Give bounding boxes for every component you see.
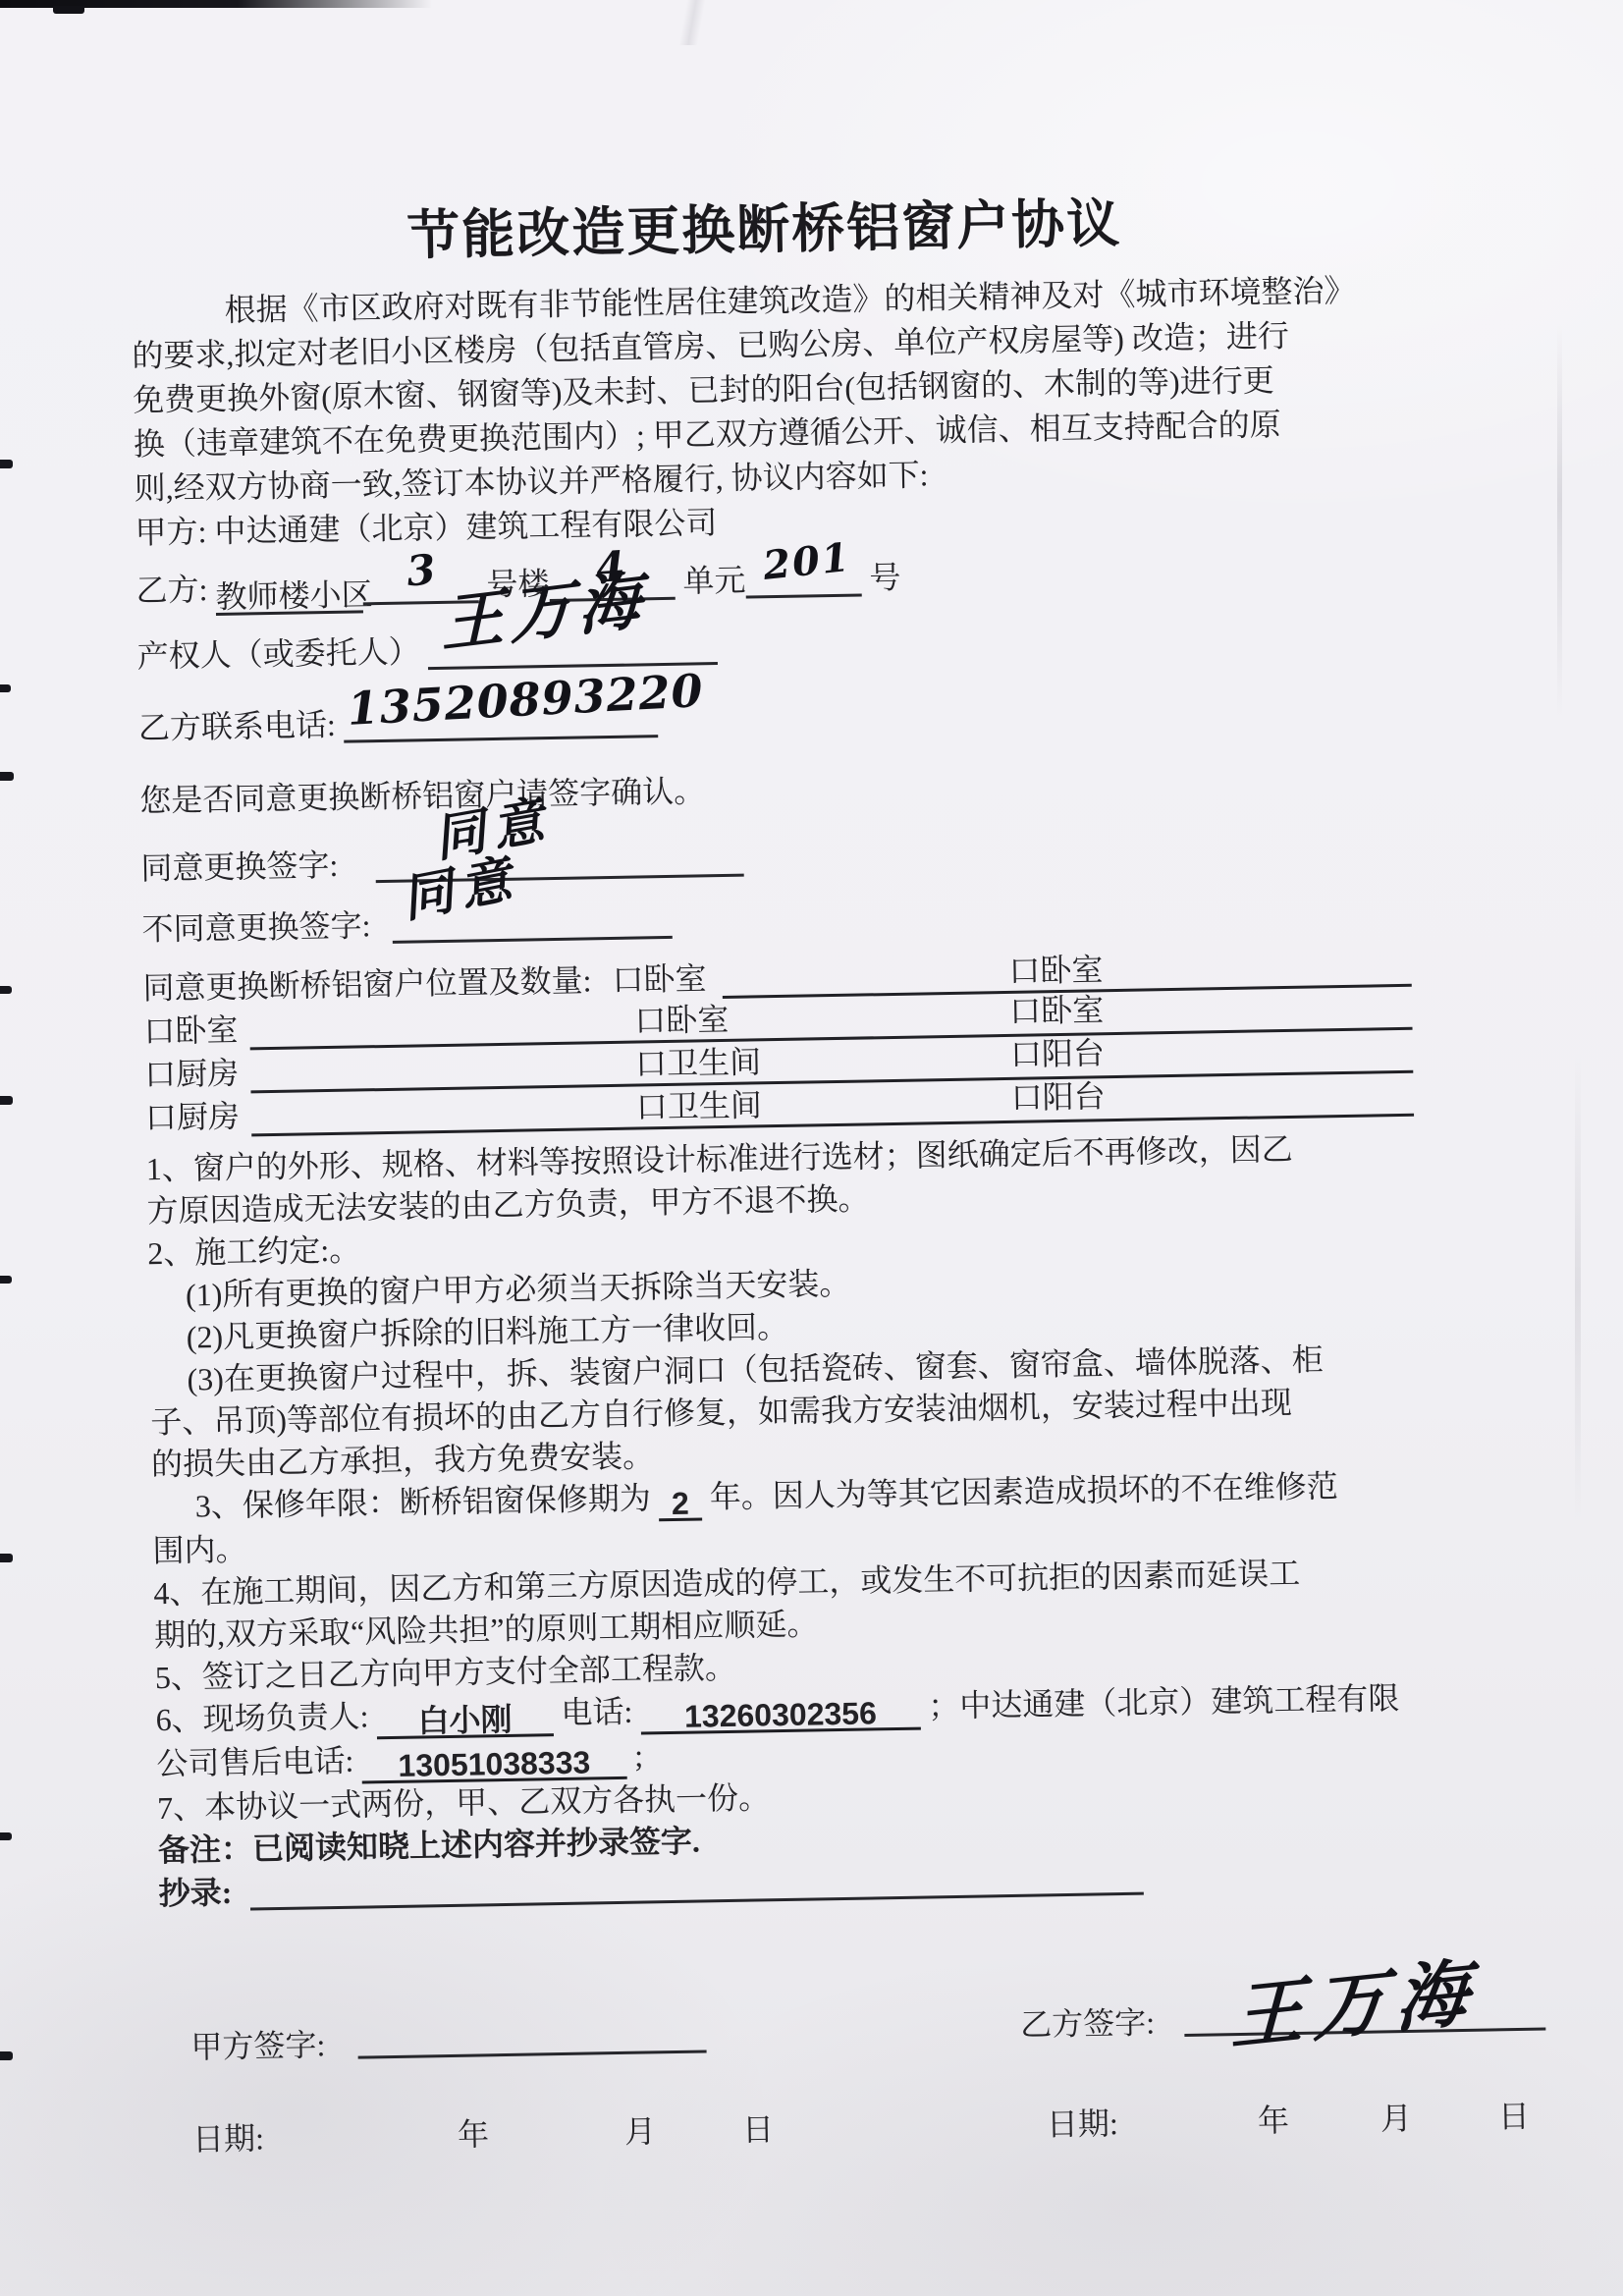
aftersales-label: 公司售后电话: [156, 1743, 354, 1782]
location-cell: 口厨房 [144, 1092, 240, 1139]
scan-edge-artifact [0, 684, 11, 692]
aftersales-phone: 13051038333 [361, 1741, 627, 1784]
party-b-line: 乙方: 教师楼小区3 号楼4 单元201 号 [135, 547, 1405, 623]
party-b-sign-label: 乙方签字: [1020, 1997, 1156, 2045]
community-field: 教师楼小区 [215, 573, 363, 616]
phone-field: 13520893220 [343, 697, 658, 743]
location-cell: 口阳台 [1009, 1028, 1105, 1075]
party-b-signature-handwritten: 王万海 [1230, 1934, 1480, 2064]
date-label-b: 日期: [1047, 2099, 1119, 2145]
location-cell: 口卧室 [612, 954, 707, 1001]
document-title: 节能改造更换断桥铝窗户协议 [130, 191, 1399, 270]
scanned-paper-background: 节能改造更换断桥铝窗户协议 根据《市区政府对既有非节能性居住建筑改造》的相关精神… [0, 0, 1623, 2296]
date-row: 日期: 年 月 日 日期: 年 月 日 [163, 2094, 1433, 2161]
scan-edge-artifact [0, 460, 13, 468]
building-no-handwritten: 3 [405, 547, 437, 593]
scan-edge-artifact [53, 6, 84, 14]
location-cell: 口卫生间 [635, 1080, 762, 1127]
warranty-prefix: 3、保修年限：断桥铝窗保修期为 [195, 1480, 652, 1523]
year-label-b: 年 [1257, 2096, 1289, 2142]
disagree-sign-field: 同意 [392, 899, 673, 944]
month-label-a: 月 [624, 2106, 657, 2153]
aftersales-end: ; [634, 1738, 644, 1774]
contact-prefix: 6、现场负责人: [155, 1698, 369, 1737]
scan-edge-artifact [0, 986, 12, 994]
owner-label: 产权人（或委托人） [136, 633, 420, 674]
party-a-sign-field [358, 2050, 707, 2058]
scan-edge-artifact [0, 2051, 13, 2060]
party-a-value: 中达通建（北京）建筑工程有限公司 [214, 505, 718, 549]
day-label-b: 日 [1497, 2092, 1530, 2138]
owner-signature-field: 王万海 [427, 625, 718, 670]
location-cell: 口卫生间 [635, 1037, 762, 1084]
disagree-sign-handwritten: 同意 [399, 856, 522, 922]
site-manager-name: 白小刚 [376, 1698, 554, 1739]
warranty-suffix: 年。因人为等其它因素造成损坏的不在维修范 [709, 1468, 1338, 1514]
scan-edge-artifact [0, 772, 14, 781]
unit-label: 单元 [682, 563, 746, 599]
scan-edge-artifact [0, 1554, 13, 1562]
month-label-b: 月 [1380, 2094, 1412, 2140]
paper-crease [1575, 1051, 1581, 1522]
party-a-label: 甲方: [135, 514, 207, 550]
party-a-sign-label: 甲方签字: [190, 2020, 326, 2067]
room-label: 号 [869, 560, 901, 596]
signature-row: 甲方签字: 乙方签字: 王万海 [161, 1990, 1431, 2075]
location-cell: 口阳台 [1010, 1071, 1106, 1119]
owner-signature-handwritten: 王万海 [441, 577, 646, 647]
contact-tel-label: 电话: [561, 1694, 633, 1730]
room-no-handwritten: 201 [761, 535, 853, 588]
scan-edge-artifact [0, 1276, 12, 1284]
year-label-a: 年 [458, 2109, 490, 2156]
scan-edge-artifact [0, 1096, 13, 1105]
room-no-field: 201 [745, 556, 862, 598]
location-cell: 口卧室 [634, 995, 730, 1042]
owner-line: 产权人（或委托人） 王万海 [136, 613, 1406, 694]
party-b-label: 乙方: [135, 572, 208, 608]
locations-header: 同意更换断桥铝窗户位置及数量: [142, 956, 592, 1009]
phone-line: 乙方联系电话: 13520893220 [138, 684, 1408, 766]
location-cell: 口卧室 [1009, 985, 1105, 1032]
location-cell: 口卧室 [143, 1006, 239, 1053]
confirm-question: 您是否同意更换断桥铝窗户请签字确认。 [139, 757, 1409, 824]
paper-crease [619, 0, 766, 45]
agreement-document: 节能改造更换断桥铝窗户协议 根据《市区政府对既有非节能性居住建筑改造》的相关精神… [130, 183, 1433, 2160]
disagree-sign-label: 不同意更换签字: [141, 907, 370, 947]
warranty-years-value: 2 [659, 1482, 703, 1521]
copy-label: 抄录: [158, 1875, 232, 1911]
site-manager-phone: 13260302356 [640, 1692, 921, 1735]
contact-suffix: ；中达通建（北京）建筑工程有限 [928, 1680, 1400, 1723]
scan-edge-artifact [0, 1832, 12, 1840]
agree-sign-label: 同意更换签字: [140, 847, 339, 887]
paper-crease [1557, 324, 1562, 717]
phone-label: 乙方联系电话: [138, 707, 337, 746]
community-value: 教师楼小区 [215, 576, 373, 615]
day-label-a: 日 [742, 2105, 775, 2151]
date-label-a: 日期: [192, 2113, 265, 2159]
location-cell: 口厨房 [144, 1049, 240, 1096]
